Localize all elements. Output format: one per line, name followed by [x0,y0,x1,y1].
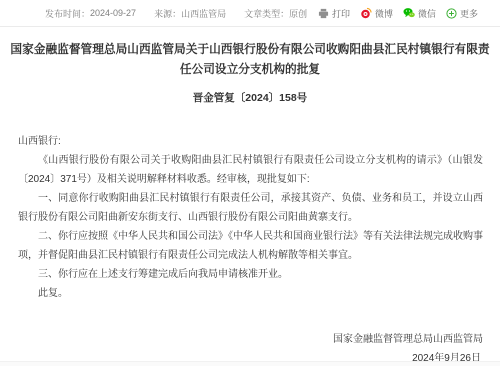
document-body: 山西银行: 《山西银行股份有限公司关于收购阳曲县汇民村镇银行有限责任公司设立分支… [18,132,483,303]
more-label: 更多 [460,7,478,20]
source-label: 来源： [154,7,181,20]
wechat-share-button[interactable]: 微信 [403,7,436,20]
publish-time-value: 2024-09-27 [90,8,136,18]
paragraph: 二、你行应按照《中华人民共和国公司法》《中华人民共和国商业银行法》等有关法律法规… [18,227,483,265]
paragraph: 一、同意你行收购阳曲县汇民村镇银行有限责任公司，承接其资产、负债、业务和员工，并… [18,189,483,227]
article-type-label: 文章类型： [244,7,289,20]
paragraph: 此复。 [18,284,483,303]
print-icon [318,8,329,19]
document-title: 国家金融监督管理总局山西监管局关于山西银行股份有限公司收购阳曲县汇民村镇银行有限… [6,40,494,80]
wechat-label: 微信 [418,7,436,20]
source: 来源： 山西监管局 [154,7,226,20]
salutation: 山西银行: [18,132,483,151]
meta-info: 发布时间： 2024-09-27 来源： 山西监管局 文章类型： 原创 [45,7,307,20]
meta-bar: 发布时间： 2024-09-27 来源： 山西监管局 文章类型： 原创 打印 [0,0,500,27]
weibo-icon [360,7,372,19]
article-type: 文章类型： 原创 [244,7,307,20]
source-value: 山西监管局 [181,7,226,20]
publish-time: 发布时间： 2024-09-27 [45,7,136,20]
more-share-button[interactable]: 更多 [446,7,478,20]
print-button[interactable]: 打印 [318,7,350,20]
paragraph: 三、你行应在上述支行筹建完成后向我局申请核准开业。 [18,265,483,284]
more-icon [446,8,457,19]
paragraph: 《山西银行股份有限公司关于收购阳曲县汇民村镇银行有限责任公司设立分支机构的请示》… [18,151,483,189]
footer-edge [0,361,500,366]
print-label: 打印 [332,7,350,20]
weibo-share-button[interactable]: 微博 [360,7,393,20]
issuing-authority: 国家金融监督管理总局山西监管局 [0,330,483,349]
wechat-icon [403,7,415,19]
share-toolbar: 打印 微博 [318,7,478,20]
document-number: 晋金管复〔2024〕158号 [0,90,500,105]
publish-time-label: 发布时间： [45,7,90,20]
article-type-value: 原创 [289,7,307,20]
article-page: 发布时间： 2024-09-27 来源： 山西监管局 文章类型： 原创 打印 [0,0,500,366]
weibo-label: 微博 [375,7,393,20]
